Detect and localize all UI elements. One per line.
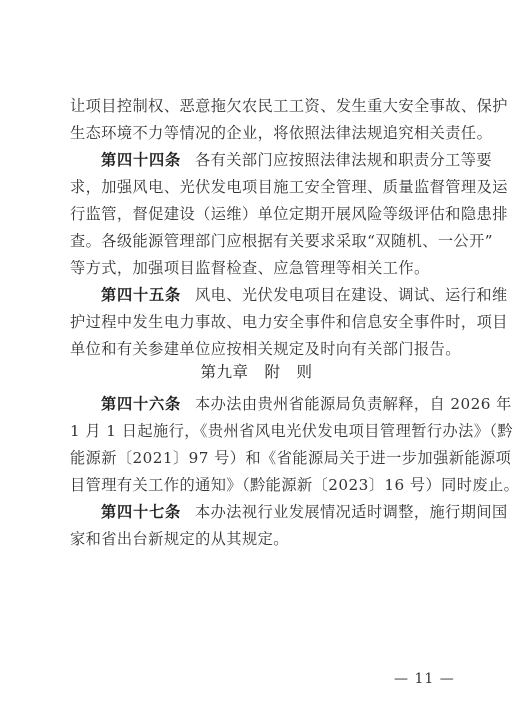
article-46: 第四十六条本办法由贵州省能源局负责解释，自 2026 年 [70, 391, 450, 418]
article-number: 第四十七条 [101, 503, 181, 521]
article-text: 本办法由贵州省能源局负责解释，自 2026 年 [195, 395, 512, 413]
text-line: 1 月 1 日起施行，《贵州省风电光伏发电项目管理暂行办法》（黔 [70, 418, 450, 445]
article-45: 第四十五条风电、光伏发电项目在建设、调试、运行和维 [70, 282, 450, 309]
article-text: 风电、光伏发电项目在建设、调试、运行和维 [195, 286, 508, 304]
article-number: 第四十四条 [101, 151, 181, 169]
text-line: 生态环境不力等情况的企业，将依照法律法规追究相关责任。 [70, 120, 450, 147]
text-line: 目管理有关工作的通知》（黔能源新〔2023〕16 号）同时废止。 [70, 472, 450, 499]
text-line: 行监管，督促建设（运维）单位定期开展风险等级评估和隐患排 [70, 201, 450, 228]
text-line: 能源新〔2021〕97 号）和《省能源局关于进一步加强新能源项 [70, 445, 450, 472]
text-line: 让项目控制权、恶意拖欠农民工工资、发生重大安全事故、保护 [70, 93, 450, 120]
chapter-title: 附 则 [265, 363, 313, 381]
text-line: 护过程中发生电力事故、电力安全事件和信息安全事件时，项目 [70, 309, 450, 336]
page-number: — 11 — [394, 671, 455, 687]
chapter-number: 第九章 [200, 363, 248, 381]
text-line: 单位和有关参建单位应按相关规定及时向有关部门报告。 [70, 336, 450, 363]
body-section-b: 第四十六条本办法由贵州省能源局负责解释，自 2026 年 1 月 1 日起施行，… [70, 391, 450, 553]
text-line: 家和省出台新规定的从其规定。 [70, 526, 450, 553]
article-number: 第四十六条 [101, 395, 181, 413]
article-47: 第四十七条本办法视行业发展情况适时调整，施行期间国 [70, 499, 450, 526]
text-line: 等方式，加强项目监督检查、应急管理等相关工作。 [70, 255, 450, 282]
body-section-a: 让项目控制权、恶意拖欠农民工工资、发生重大安全事故、保护 生态环境不力等情况的企… [70, 93, 450, 363]
article-44: 第四十四条各有关部门应按照法律法规和职责分工等要 [70, 147, 450, 174]
article-text: 各有关部门应按照法律法规和职责分工等要 [195, 151, 492, 169]
article-text: 本办法视行业发展情况适时调整，施行期间国 [195, 503, 508, 521]
article-number: 第四十五条 [101, 286, 181, 304]
chapter-heading: 第九章附 则 [0, 360, 513, 384]
text-line: 查。各级能源管理部门应根据有关要求采取“双随机、一公开” [70, 228, 450, 255]
text-line: 求，加强风电、光伏发电项目施工安全管理、质量监督管理及运 [70, 174, 450, 201]
document-page: 让项目控制权、恶意拖欠农民工工资、发生重大安全事故、保护 生态环境不力等情况的企… [0, 0, 513, 725]
